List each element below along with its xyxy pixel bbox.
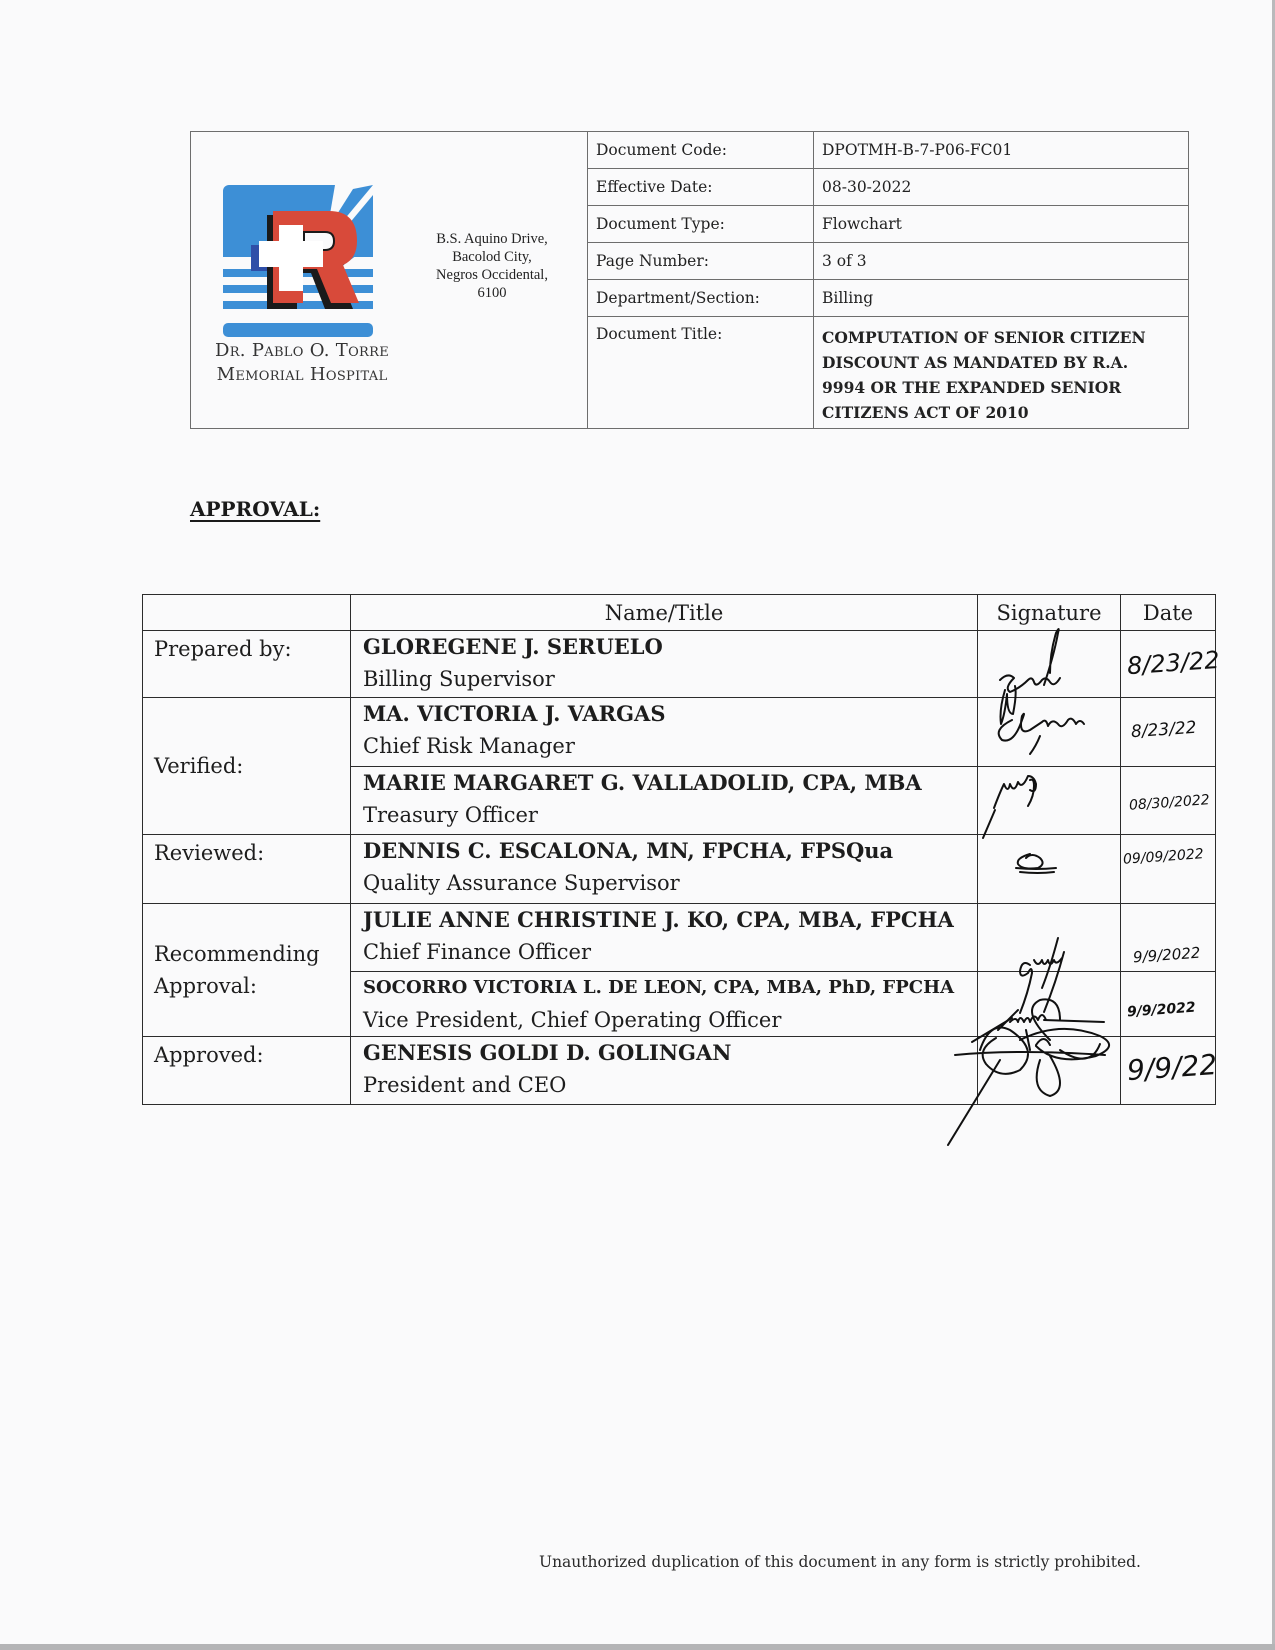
meta-value: Billing xyxy=(814,280,1190,317)
person-name: JULIE ANNE CHRISTINE J. KO, CPA, MBA, FP… xyxy=(363,904,977,936)
document-header: Dr. Pablo O. Torre Memorial Hospital B.S… xyxy=(190,131,1189,429)
meta-value: 08-30-2022 xyxy=(814,169,1190,206)
column-header-date: Date xyxy=(1121,595,1216,631)
person-name: MARIE MARGARET G. VALLADOLID, CPA, MBA xyxy=(363,767,977,799)
document-title: COMPUTATION OF SENIOR CITIZEN DISCOUNT A… xyxy=(814,317,1190,429)
role-label: Approved: xyxy=(143,1037,351,1105)
table-row: Verified: MA. VICTORIA J. VARGAS Chief R… xyxy=(143,698,1216,767)
meta-row-page-number: Page Number: 3 of 3 xyxy=(588,243,1190,280)
meta-value: 3 of 3 xyxy=(814,243,1190,280)
person-name: MA. VICTORIA J. VARGAS xyxy=(363,698,977,730)
date-cell: 8/23/22 xyxy=(1121,698,1216,767)
hospital-cross-r-logo-icon xyxy=(223,185,380,339)
person-cell: DENNIS C. ESCALONA, MN, FPCHA, FPSQua Qu… xyxy=(351,835,978,904)
date-cell: 08/30/2022 xyxy=(1121,767,1216,835)
date-cell: 9/9/22 xyxy=(1121,1037,1216,1105)
role-label: Verified: xyxy=(143,698,351,835)
person-name: GENESIS GOLDI D. GOLINGAN xyxy=(363,1037,977,1069)
column-header-role xyxy=(143,595,351,631)
meta-label: Effective Date: xyxy=(588,169,814,206)
hospital-identity: Dr. Pablo O. Torre Memorial Hospital B.S… xyxy=(191,132,587,428)
handwritten-date: 9/9/2022 xyxy=(1127,1000,1197,1021)
approval-table: Name/Title Signature Date Prepared by: G… xyxy=(142,594,1216,1105)
approval-header-row: Name/Title Signature Date xyxy=(143,595,1216,631)
person-cell: MA. VICTORIA J. VARGAS Chief Risk Manage… xyxy=(351,698,978,767)
handwritten-date: 8/23/22 xyxy=(1130,718,1197,743)
page-edge xyxy=(0,1644,1275,1650)
role-label: Reviewed: xyxy=(143,835,351,904)
person-cell: MARIE MARGARET G. VALLADOLID, CPA, MBA T… xyxy=(351,767,978,835)
hospital-address: B.S. Aquino Drive, Bacolod City, Negros … xyxy=(417,230,567,302)
person-title: Chief Finance Officer xyxy=(363,936,977,968)
handwritten-date: 8/23/22 xyxy=(1126,646,1220,680)
signature-cell xyxy=(978,1037,1121,1105)
person-title: President and CEO xyxy=(363,1069,977,1101)
document-meta-table: Document Code: DPOTMH-B-7-P06-FC01 Effec… xyxy=(587,132,1189,428)
signature-cell xyxy=(978,904,1121,972)
role-label: Recommending Approval: xyxy=(143,904,351,1037)
meta-label: Document Title: xyxy=(588,317,814,429)
person-cell: GENESIS GOLDI D. GOLINGAN President and … xyxy=(351,1037,978,1105)
person-title: Billing Supervisor xyxy=(363,663,977,695)
table-row: Reviewed: DENNIS C. ESCALONA, MN, FPCHA,… xyxy=(143,835,1216,904)
handwritten-date: 9/9/2022 xyxy=(1132,944,1200,967)
person-cell: SOCORRO VICTORIA L. DE LEON, CPA, MBA, P… xyxy=(351,972,978,1037)
role-label: Prepared by: xyxy=(143,631,351,698)
table-row: Approved: GENESIS GOLDI D. GOLINGAN Pres… xyxy=(143,1037,1216,1105)
meta-row-department: Department/Section: Billing xyxy=(588,280,1190,317)
meta-value: Flowchart xyxy=(814,206,1190,243)
signature-cell xyxy=(978,767,1121,835)
person-name: DENNIS C. ESCALONA, MN, FPCHA, FPSQua xyxy=(363,835,977,867)
approval-heading: APPROVAL: xyxy=(190,497,320,521)
date-cell: 09/09/2022 xyxy=(1121,835,1216,904)
meta-label: Document Type: xyxy=(588,206,814,243)
date-cell: 9/9/2022 xyxy=(1121,904,1216,972)
person-cell: GLOREGENE J. SERUELO Billing Supervisor xyxy=(351,631,978,698)
hospital-name: Dr. Pablo O. Torre Memorial Hospital xyxy=(191,339,413,387)
person-title: Quality Assurance Supervisor xyxy=(363,867,977,899)
meta-value: DPOTMH-B-7-P06-FC01 xyxy=(814,132,1190,169)
meta-row-effective-date: Effective Date: 08-30-2022 xyxy=(588,169,1190,206)
date-cell: 9/9/2022 xyxy=(1121,972,1216,1037)
handwritten-date: 9/9/22 xyxy=(1126,1048,1218,1087)
column-header-signature: Signature xyxy=(978,595,1121,631)
meta-row-document-code: Document Code: DPOTMH-B-7-P06-FC01 xyxy=(588,132,1190,169)
meta-label: Department/Section: xyxy=(588,280,814,317)
person-cell: JULIE ANNE CHRISTINE J. KO, CPA, MBA, FP… xyxy=(351,904,978,972)
footer-notice: Unauthorized duplication of this documen… xyxy=(539,1553,1141,1571)
person-name: SOCORRO VICTORIA L. DE LEON, CPA, MBA, P… xyxy=(363,972,977,1004)
meta-label: Document Code: xyxy=(588,132,814,169)
table-row: Prepared by: GLOREGENE J. SERUELO Billin… xyxy=(143,631,1216,698)
meta-row-document-type: Document Type: Flowchart xyxy=(588,206,1190,243)
person-name: GLOREGENE J. SERUELO xyxy=(363,631,977,663)
table-row: Recommending Approval: JULIE ANNE CHRIST… xyxy=(143,904,1216,972)
signature-cell xyxy=(978,835,1121,904)
meta-row-document-title: Document Title: COMPUTATION OF SENIOR CI… xyxy=(588,317,1190,429)
person-title: Chief Risk Manager xyxy=(363,730,977,762)
signature-cell xyxy=(978,698,1121,767)
person-title: Vice President, Chief Operating Officer xyxy=(363,1004,977,1036)
date-cell: 8/23/22 xyxy=(1121,631,1216,698)
handwritten-date: 09/09/2022 xyxy=(1123,846,1205,868)
signature-cell xyxy=(978,972,1121,1037)
handwritten-date: 08/30/2022 xyxy=(1129,792,1211,814)
signature-cell xyxy=(978,631,1121,698)
person-title: Treasury Officer xyxy=(363,799,977,831)
column-header-name-title: Name/Title xyxy=(351,595,978,631)
meta-label: Page Number: xyxy=(588,243,814,280)
